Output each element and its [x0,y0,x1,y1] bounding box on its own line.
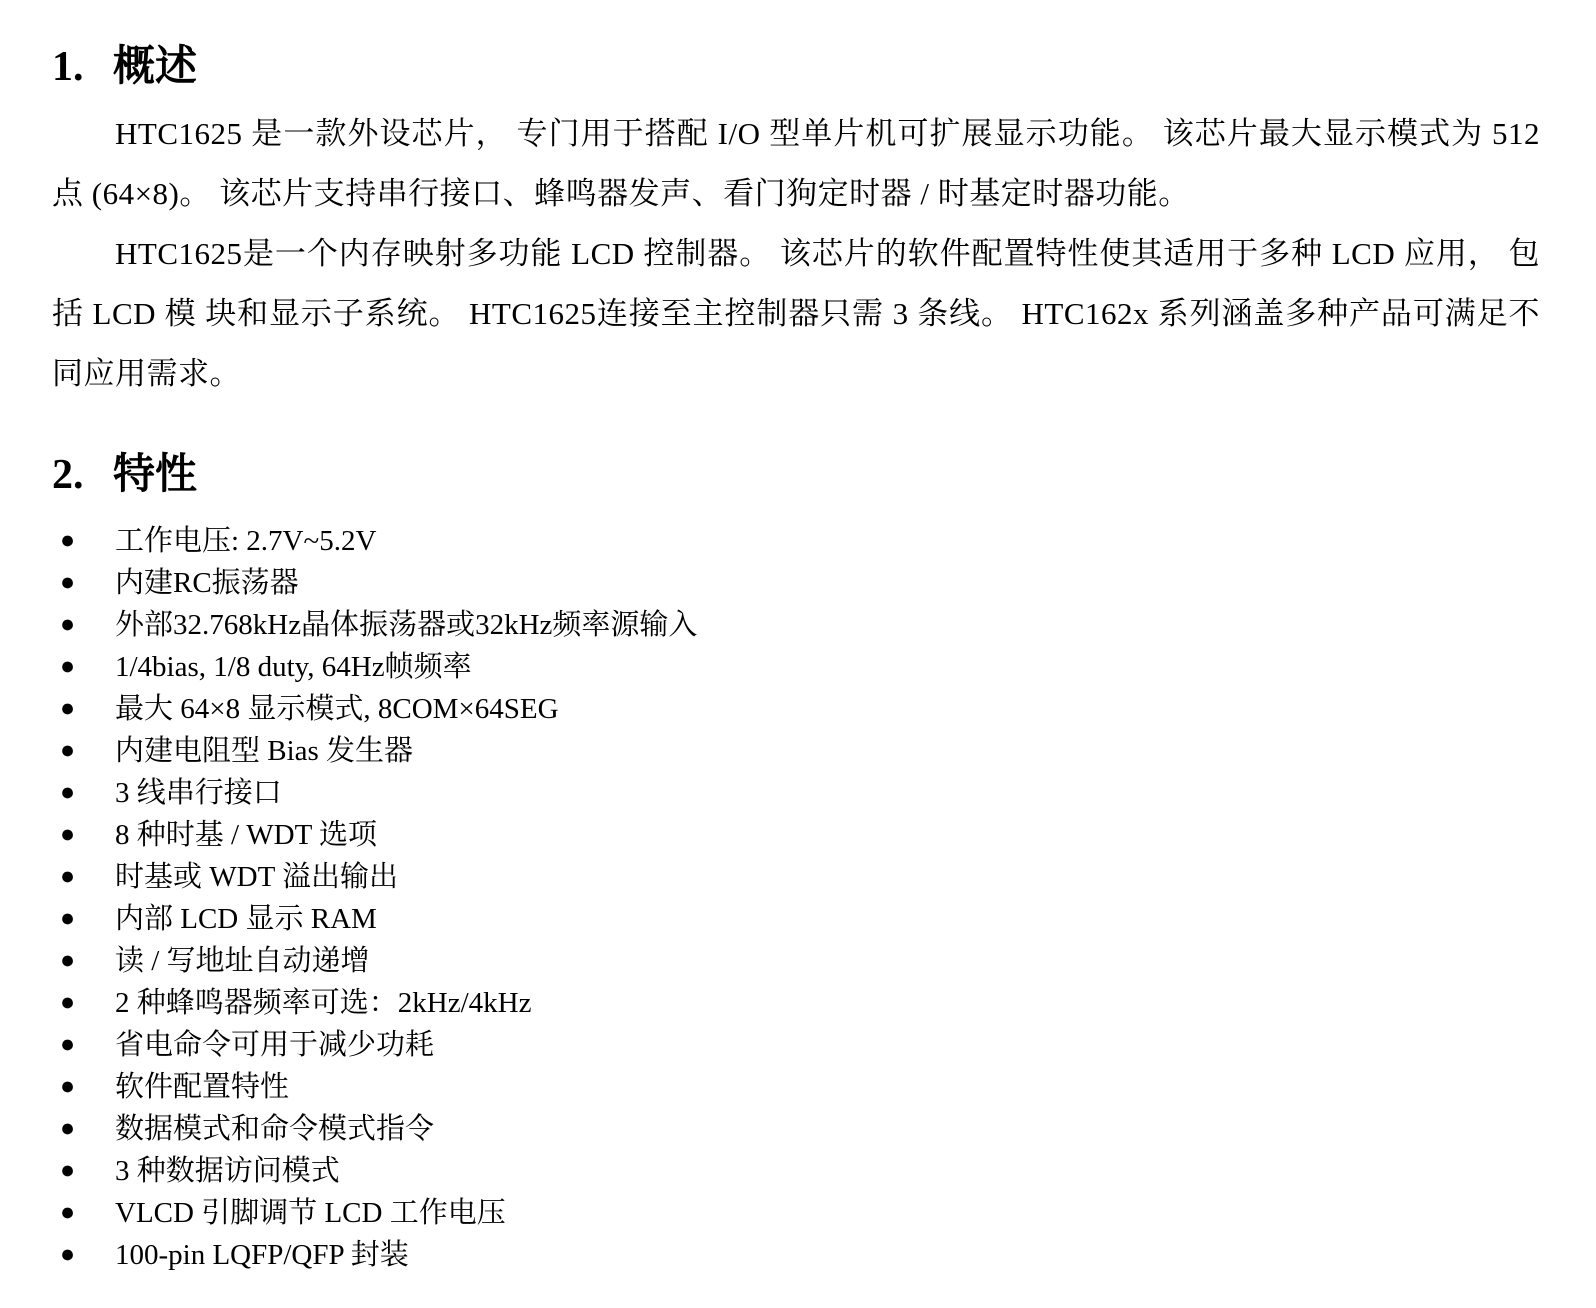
bullet-icon: ● [52,1108,115,1150]
overview-paragraph-1: HTC1625 是一款外设芯片， 专门用于搭配 I/O 型单片机可扩展显示功能。… [52,104,1540,224]
bullet-icon: ● [52,940,115,982]
feature-text: 软件配置特性 [115,1066,289,1108]
bullet-icon: ● [52,856,115,898]
feature-text: 1/4bias, 1/8 duty, 64Hz帧频率 [115,646,472,688]
feature-text: 工作电压: 2.7V~5.2V [115,520,376,562]
bullet-icon: ● [52,772,115,814]
feature-item: ●最大 64×8 显示模式, 8COM×64SEG [52,688,1540,730]
section-2-title: 特性 [113,450,197,500]
feature-item: ●数据模式和命令模式指令 [52,1108,1540,1150]
feature-item: ●读 / 写地址自动递增 [52,940,1540,982]
feature-item: ●2 种蜂鸣器频率可选：2kHz/4kHz [52,982,1540,1024]
bullet-icon: ● [52,604,115,646]
feature-item: ●8 种时基 / WDT 选项 [52,814,1540,856]
feature-text: 读 / 写地址自动递增 [115,940,370,982]
feature-item: ●外部32.768kHz晶体振荡器或32kHz频率源输入 [52,604,1540,646]
section-2-number: 2. [52,450,113,500]
bullet-icon: ● [52,520,115,562]
section-1-heading: 1. 概述 [52,42,1540,92]
bullet-icon: ● [52,688,115,730]
bullet-icon: ● [52,898,115,940]
feature-item: ●3 种数据访问模式 [52,1150,1540,1192]
feature-text: 内建RC振荡器 [115,562,299,604]
bullet-icon: ● [52,1234,115,1276]
datasheet-page: 1. 概述 HTC1625 是一款外设芯片， 专门用于搭配 I/O 型单片机可扩… [0,0,1596,1308]
section-2-heading: 2. 特性 [52,450,1540,500]
feature-item: ●3 线串行接口 [52,772,1540,814]
feature-item: ●工作电压: 2.7V~5.2V [52,520,1540,562]
bullet-icon: ● [52,982,115,1024]
overview-paragraph-2: HTC1625是一个内存映射多功能 LCD 控制器。 该芯片的软件配置特性使其适… [52,224,1540,404]
feature-text: 100-pin LQFP/QFP 封装 [115,1234,409,1276]
feature-item: ●VLCD 引脚调节 LCD 工作电压 [52,1192,1540,1234]
bullet-icon: ● [52,1192,115,1234]
feature-item: ●内部 LCD 显示 RAM [52,898,1540,940]
feature-text: 外部32.768kHz晶体振荡器或32kHz频率源输入 [115,604,697,646]
bullet-icon: ● [52,562,115,604]
feature-text: 3 线串行接口 [115,772,282,814]
feature-item: ●100-pin LQFP/QFP 封装 [52,1234,1540,1276]
bullet-icon: ● [52,646,115,688]
feature-text: 数据模式和命令模式指令 [115,1108,434,1150]
feature-item: ●软件配置特性 [52,1066,1540,1108]
feature-list: ●工作电压: 2.7V~5.2V ●内建RC振荡器 ●外部32.768kHz晶体… [52,520,1540,1276]
feature-text: 3 种数据访问模式 [115,1150,340,1192]
feature-item: ●1/4bias, 1/8 duty, 64Hz帧频率 [52,646,1540,688]
section-1-number: 1. [52,42,113,92]
bullet-icon: ● [52,1150,115,1192]
bullet-icon: ● [52,1024,115,1066]
feature-text: 内建电阻型 Bias 发生器 [115,730,413,772]
feature-text: VLCD 引脚调节 LCD 工作电压 [115,1192,506,1234]
feature-text: 时基或 WDT 溢出输出 [115,856,398,898]
feature-text: 省电命令可用于减少功耗 [115,1024,434,1066]
feature-item: ●时基或 WDT 溢出输出 [52,856,1540,898]
feature-item: ●内建电阻型 Bias 发生器 [52,730,1540,772]
section-1-title: 概述 [113,42,197,92]
feature-item: ●内建RC振荡器 [52,562,1540,604]
feature-item: ●省电命令可用于减少功耗 [52,1024,1540,1066]
bullet-icon: ● [52,1066,115,1108]
bullet-icon: ● [52,814,115,856]
feature-text: 2 种蜂鸣器频率可选：2kHz/4kHz [115,982,531,1024]
bullet-icon: ● [52,730,115,772]
feature-text: 8 种时基 / WDT 选项 [115,814,377,856]
feature-text: 内部 LCD 显示 RAM [115,898,377,940]
feature-text: 最大 64×8 显示模式, 8COM×64SEG [115,688,559,730]
